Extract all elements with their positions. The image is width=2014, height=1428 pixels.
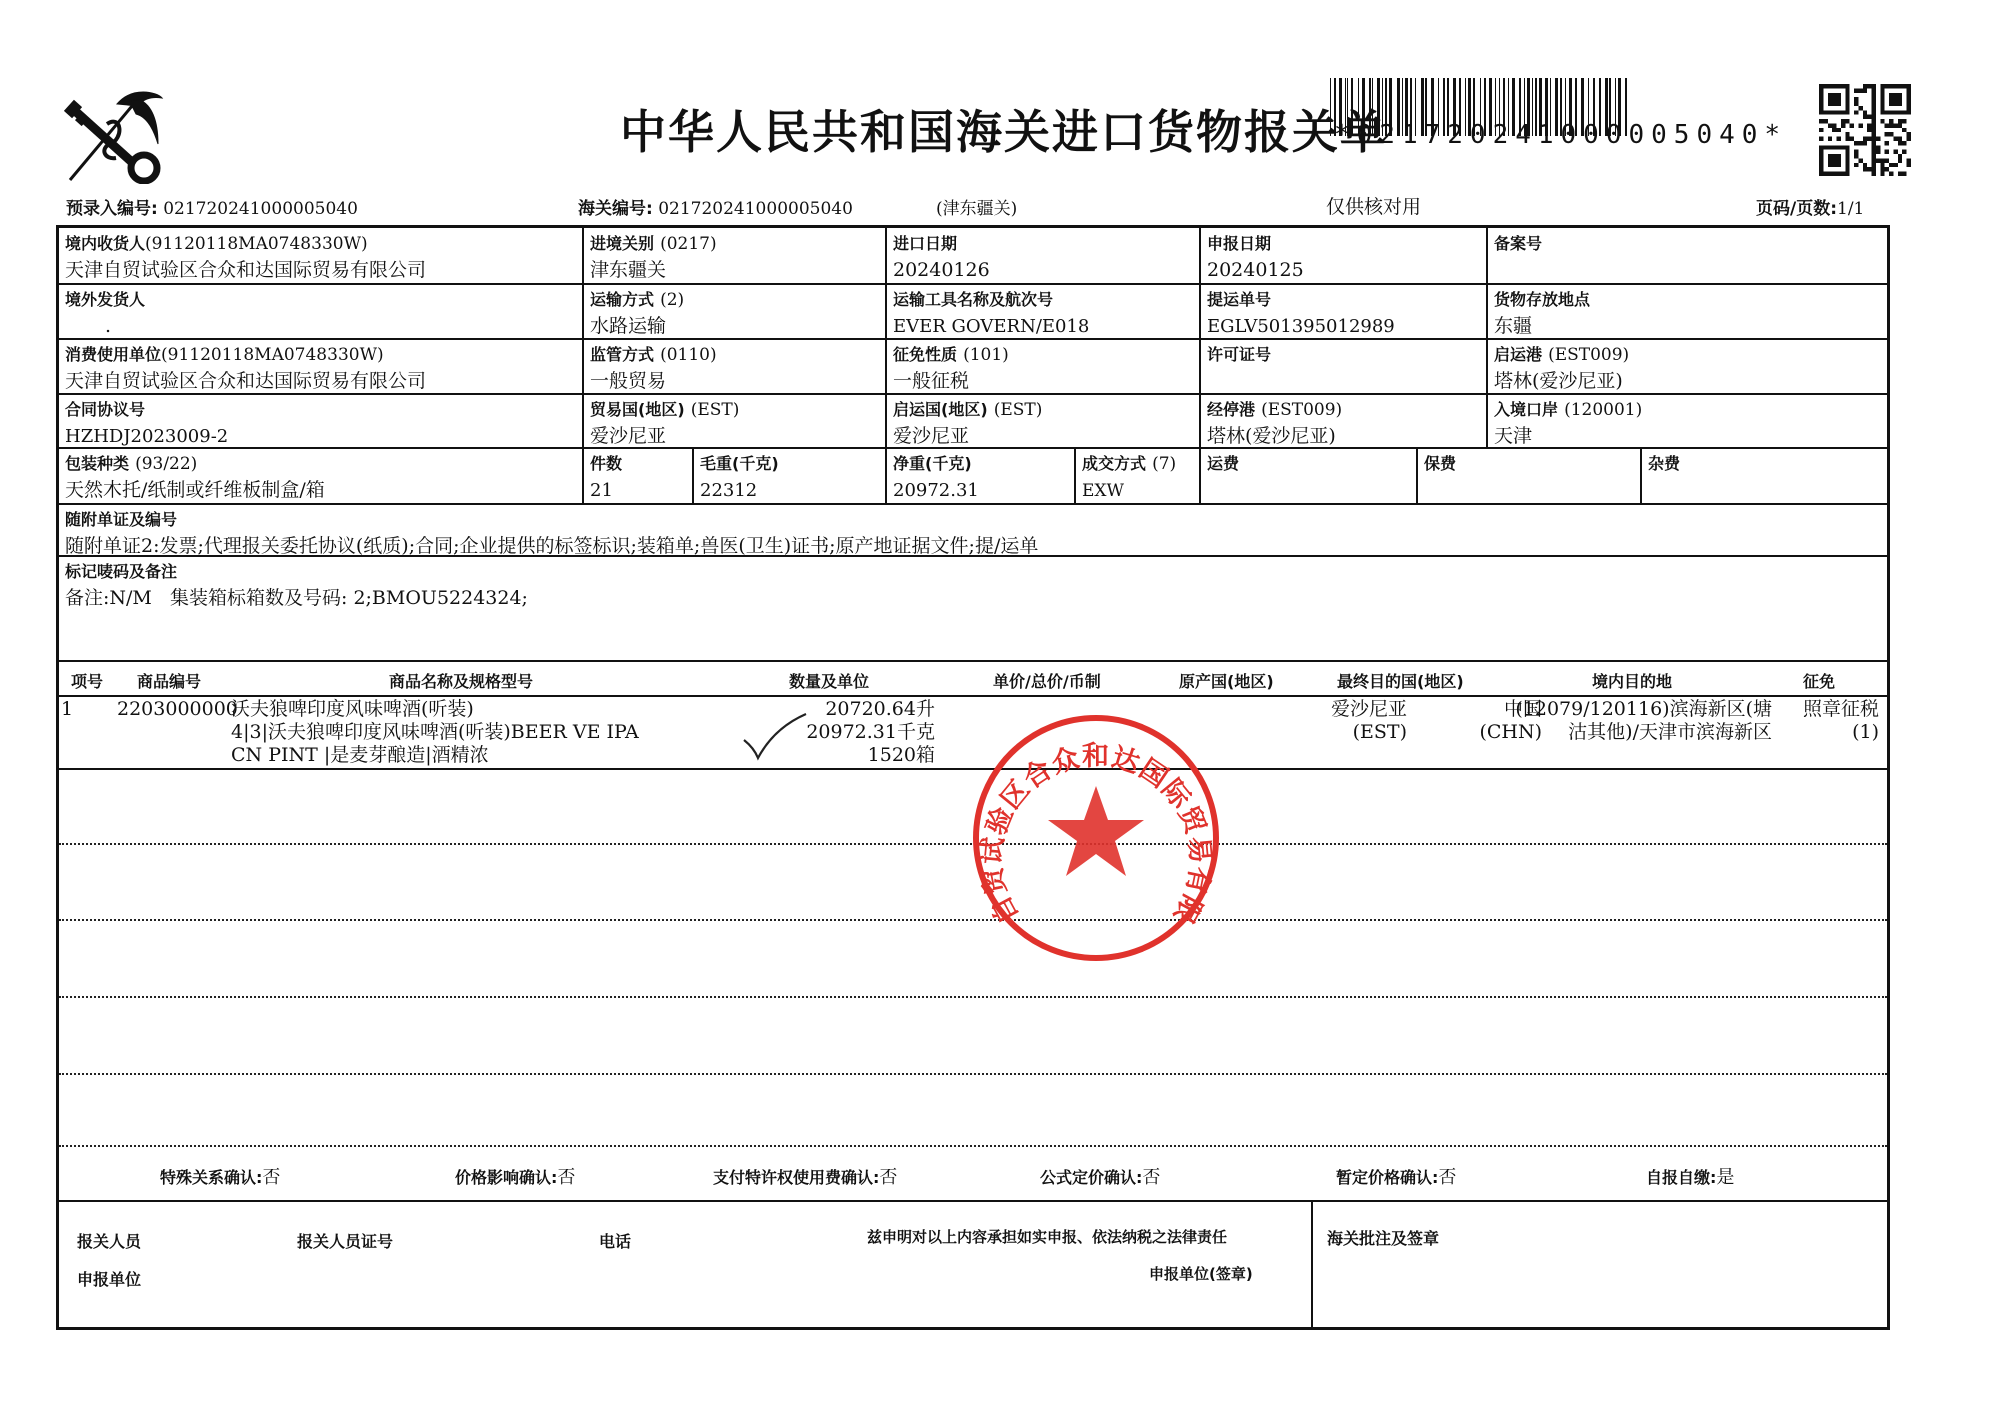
entry-office-label: 进境关别 [590,234,654,253]
package-value: 天然木托/纸制或纤维板制盒/箱 [65,479,325,501]
item-name-line-1: 沃夫狼啤印度风味啤酒(听装) [231,698,474,721]
item-origin-line-1: 爱沙尼亚 [1331,698,1407,721]
customs-number-label: 海关编号: [578,199,653,219]
storage-cell: 货物存放地点 东疆 [1488,284,1886,341]
document-title: 中华人民共和国海关进口货物报关单 [620,96,1388,162]
import-date-cell: 进口日期 20240126 [887,228,1197,285]
checkmark-icon [740,712,810,762]
bl-cell: 提运单号 EGLV501395012989 [1201,284,1485,342]
vessel-value: EVER GOVERN/E018 [893,316,1089,337]
pieces-cell: 件数 21 [584,448,692,506]
col-item-no: 项号 [71,669,103,692]
package-cell: 包装种类 (93/22) 天然木托/纸制或纤维板制盒/箱 [59,448,582,505]
misc-fee-cell: 杂费 [1642,448,1886,479]
levy-nature-label: 征免性质 [893,345,957,364]
departure-country-cell: 启运国(地区) (EST) 爱沙尼亚 [887,394,1197,451]
page-label: 页码/页数: [1756,199,1837,219]
license-cell: 许可证号 [1201,339,1485,370]
customs-approval-label: 海关批注及签章 [1327,1226,1439,1249]
supervision-cell: 监管方式 (0110) 一般贸易 [584,339,884,396]
page-number: 页码/页数:1/1 [1756,194,1864,219]
trade-country-code: (EST) [691,400,740,420]
pre-entry-label: 预录入编号: [66,199,158,219]
col-dest-country: 最终目的国(地区) [1337,669,1464,692]
item-qty-line-3: 1520箱 [868,744,935,767]
pieces-label: 件数 [590,454,622,473]
bl-value: EGLV501395012989 [1207,316,1395,337]
trade-terms-value: EXW [1082,481,1124,501]
consignee-name: 天津自贸试验区合众和达国际贸易有限公司 [65,259,426,281]
col-price: 单价/总价/币制 [993,669,1101,692]
declaring-unit-label: 申报单位 [77,1267,141,1290]
item-domestic-dest-line-2: 沽其他)/天津市滨海新区 [1568,721,1772,744]
departure-country-value: 爱沙尼亚 [893,425,969,447]
levy-nature-code: (101) [963,345,1009,365]
confirm-value: 否 [1438,1167,1456,1188]
confirm-label: 暂定价格确认: [1336,1168,1438,1187]
vessel-cell: 运输工具名称及航次号 EVER GOVERN/E018 [887,284,1197,342]
consumer-code: (91120118MA0748330W) [161,345,384,365]
supervision-value: 一般贸易 [590,370,666,392]
trade-country-label: 贸易国(地区) [590,400,685,419]
col-quantity: 数量及单位 [789,669,869,692]
col-domestic-dest: 境内目的地 [1592,669,1672,692]
transport-mode-label: 运输方式 [590,290,654,309]
contract-label: 合同协议号 [65,400,145,419]
net-weight-value: 20972.31 [893,480,979,501]
trade-country-value: 爱沙尼亚 [590,425,666,447]
package-label: 包装种类 [65,454,129,473]
item-qty-line-2: 20972.31千克 [806,721,935,744]
item-name-line-2: 4|3|沃夫狼啤印度风味啤酒(听装)BEER VE IPA [231,721,639,744]
item-qty-line-1: 20720.64升 [825,698,935,721]
departure-port-value: 塔林(爱沙尼亚) [1494,370,1623,392]
transit-port-value: 塔林(爱沙尼亚) [1207,425,1336,447]
item-dest-country-line-2: (CHN) [1479,721,1542,744]
item-name-line-3: CN PINT |是麦芽酿造|酒精浓 [231,744,489,767]
freight-label: 运费 [1207,454,1239,473]
entry-port-cell: 入境口岸 (120001) 天津 [1488,394,1886,451]
confirm-value: 是 [1716,1167,1734,1188]
levy-nature-value: 一般征税 [893,370,969,392]
declare-date-label: 申报日期 [1207,234,1271,253]
phone-label: 电话 [599,1229,631,1252]
entry-office-cell: 进境关别 (0217) 津东疆关 [584,228,884,285]
marks-remarks-label: 标记唛码及备注 [65,562,177,581]
import-date-value: 20240126 [893,259,990,281]
declarant-id-label: 报关人员证号 [297,1229,393,1252]
declare-date-cell: 申报日期 20240125 [1201,228,1485,285]
entry-port-code: (120001) [1564,400,1642,420]
net-weight-label: 净重(千克) [893,454,972,473]
entry-office-value: 津东疆关 [590,259,666,281]
attached-documents-cell: 随附单证及编号 随附单证2:发票;代理报关委托协议(纸质);合同;企业提供的标签… [59,504,1887,561]
vessel-label: 运输工具名称及航次号 [893,290,1053,309]
gross-weight-label: 毛重(千克) [700,454,779,473]
col-levy: 征免 [1803,669,1835,692]
item-levy-line-2: (1) [1852,721,1879,744]
customs-office: (津东疆关) [936,194,1017,219]
contract-value: HZHDJ2023009-2 [65,426,228,447]
marks-remarks-value: 备注:N/M 集装箱标箱数及号码: 2;BMOU5224324; [65,587,528,609]
shipper-label: 境外发货人 [65,290,145,309]
supervision-code: (0110) [660,345,717,365]
entry-office-code: (0217) [660,234,717,254]
pre-entry-value: 021720241000005040 [163,199,358,219]
declare-date-value: 20240125 [1207,259,1304,281]
confirm-formula-pricing: 公式定价确认:否 [1040,1163,1160,1189]
insurance-label: 保费 [1424,454,1456,473]
transport-mode-code: (2) [660,290,684,310]
barcode-text: *021720241000005040* [1334,120,1794,150]
customs-number: 海关编号: 021720241000005040 [578,194,853,219]
departure-port-cell: 启运港 (EST009) 塔林(爱沙尼亚) [1488,339,1886,396]
col-origin: 原产国(地区) [1179,669,1274,692]
attached-documents-label: 随附单证及编号 [65,510,177,529]
entry-port-value: 天津 [1494,425,1532,447]
declarant-label: 报关人员 [77,1229,141,1252]
confirm-value: 否 [1142,1167,1160,1188]
item-hs-code: 2203000000 [117,698,238,721]
import-date-label: 进口日期 [893,234,957,253]
trade-terms-code: (7) [1152,454,1176,474]
declaring-unit-seal-label: 申报单位(签章) [1149,1263,1253,1284]
consumer-label: 消费使用单位 [65,345,161,364]
confirm-value: 否 [262,1167,280,1188]
departure-port-code: (EST009) [1548,345,1629,365]
bl-label: 提运单号 [1207,290,1271,309]
item-origin-line-2: (EST) [1353,721,1407,744]
confirm-provisional-price: 暂定价格确认:否 [1336,1163,1456,1189]
departure-country-code: (EST) [994,400,1043,420]
attached-documents-value: 随附单证2:发票;代理报关委托协议(纸质);合同;企业提供的标签标识;装箱单;兽… [65,535,1038,557]
customs-number-value: 021720241000005040 [658,199,853,219]
misc-fee-label: 杂费 [1648,454,1680,473]
transport-mode-cell: 运输方式 (2) 水路运输 [584,284,884,341]
supervision-label: 监管方式 [590,345,654,364]
verification-note: 仅供核对用 [1326,192,1421,219]
col-goods-name: 商品名称及规格型号 [389,669,533,692]
item-levy-line-1: 照章征税 [1803,698,1879,721]
consignee-cell: 境内收货人(91120118MA0748330W) 天津自贸试验区合众和达国际贸… [59,228,582,285]
confirm-label: 价格影响确认: [455,1168,557,1187]
consignee-code: (91120118MA0748330W) [145,234,368,254]
storage-label: 货物存放地点 [1494,290,1590,309]
insurance-cell: 保费 [1418,448,1639,479]
gross-weight-value: 22312 [700,480,757,501]
entry-port-label: 入境口岸 [1494,400,1558,419]
confirm-label: 支付特许权使用费确认: [713,1168,879,1187]
contract-cell: 合同协议号 HZHDJ2023009-2 [59,394,582,452]
transit-port-cell: 经停港 (EST009) 塔林(爱沙尼亚) [1201,394,1485,451]
consignee-label: 境内收货人 [65,234,145,253]
transport-mode-value: 水路运输 [590,315,666,337]
confirm-price-influence: 价格影响确认:否 [455,1163,575,1189]
company-seal-icon: 天津自贸试验区合众和达国际贸易有限公司 [966,708,1226,968]
freight-cell: 运费 [1201,448,1415,479]
confirm-value: 否 [879,1167,897,1188]
confirm-label: 特殊关系确认: [160,1168,262,1187]
license-label: 许可证号 [1207,345,1271,364]
trade-terms-cell: 成交方式 (7) EXW [1076,448,1198,506]
levy-nature-cell: 征免性质 (101) 一般征税 [887,339,1197,396]
confirm-value: 否 [557,1167,575,1188]
transit-port-label: 经停港 [1207,400,1255,419]
net-weight-cell: 净重(千克) 20972.31 [887,448,1073,506]
gross-weight-cell: 毛重(千克) 22312 [694,448,884,506]
confirm-self-pay: 自报自缴:是 [1646,1163,1734,1189]
shipper-cell: 境外发货人 . [59,284,582,341]
departure-country-label: 启运国(地区) [893,400,988,419]
departure-port-label: 启运港 [1494,345,1542,364]
record-no-label: 备案号 [1494,234,1542,253]
col-hs-code: 商品编号 [137,669,201,692]
confirm-label: 自报自缴: [1646,1168,1716,1187]
confirm-label: 公式定价确认: [1040,1168,1142,1187]
record-no-cell: 备案号 [1488,228,1886,259]
consumer-cell: 消费使用单位(91120118MA0748330W) 天津自贸试验区合众和达国际… [59,339,582,396]
qr-code-icon [1815,84,1915,176]
trade-country-cell: 贸易国(地区) (EST) 爱沙尼亚 [584,394,884,451]
shipper-value: . [65,315,111,337]
package-code: (93/22) [135,454,197,474]
customs-emblem-icon [62,84,172,184]
legal-statement: 兹申明对以上内容承担如实申报、依法纳税之法律责任 [867,1226,1227,1247]
page-value: 1/1 [1837,199,1864,219]
pre-entry-number: 预录入编号: 021720241000005040 [66,194,358,219]
marks-remarks-cell: 标记唛码及备注 备注:N/M 集装箱标箱数及号码: 2;BMOU5224324; [59,556,1887,613]
transit-port-code: (EST009) [1261,400,1342,420]
trade-terms-label: 成交方式 [1082,454,1146,473]
confirm-royalty: 支付特许权使用费确认:否 [713,1163,897,1189]
item-no: 1 [61,698,73,721]
confirm-special-relation: 特殊关系确认:否 [160,1163,280,1189]
consumer-name: 天津自贸试验区合众和达国际贸易有限公司 [65,370,426,392]
item-domestic-dest-line-1: (12079/120116)滨海新区(塘 [1515,698,1772,721]
storage-value: 东疆 [1494,315,1532,337]
pieces-value: 21 [590,480,613,501]
